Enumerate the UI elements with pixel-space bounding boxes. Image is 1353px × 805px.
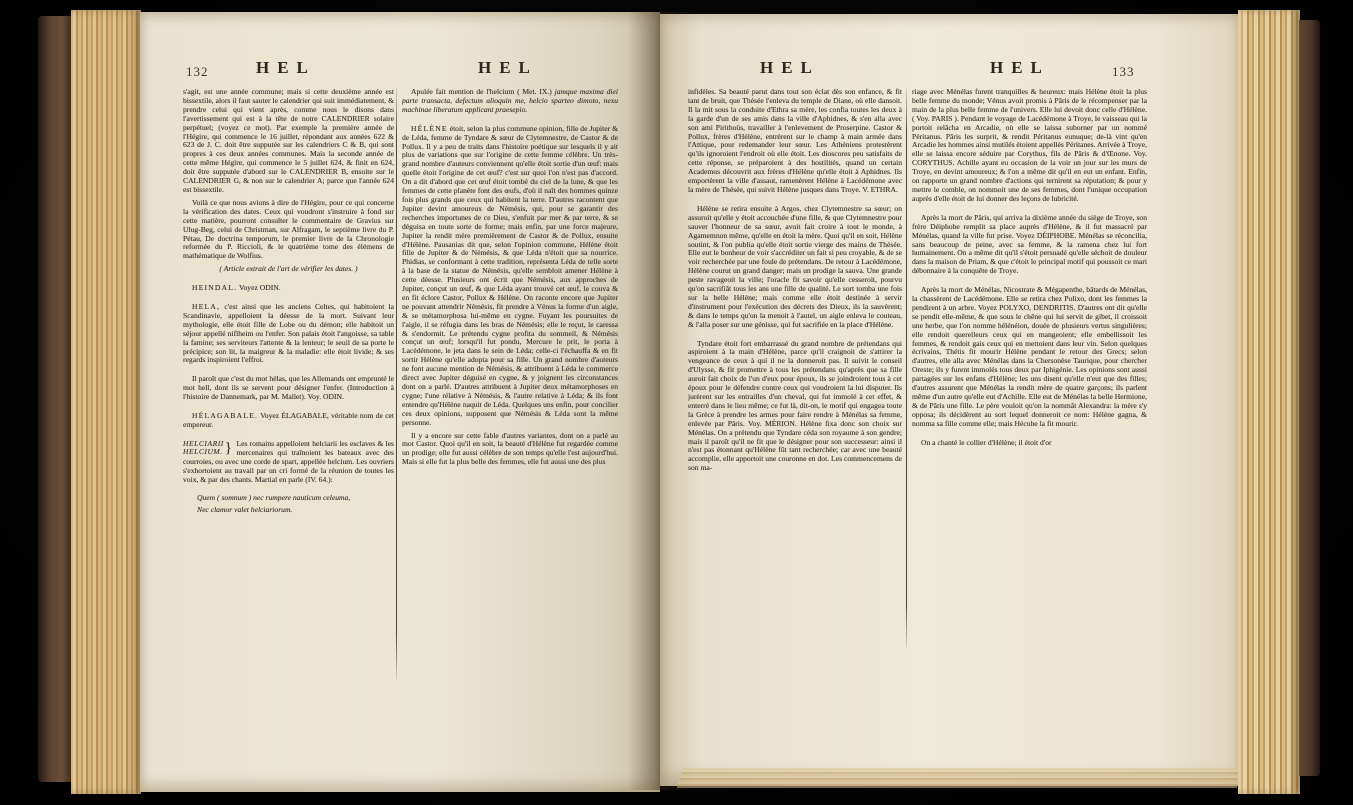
paragraph: On a chanté le collier d'Hélène; il étoi… xyxy=(912,439,1147,448)
bottom-page-edges xyxy=(677,768,1243,788)
entry-hela: HELA, c'est ainsi que les anciens Celtes… xyxy=(183,303,394,365)
paragraph: Après la mort de Pâris, qui arriva la di… xyxy=(912,214,1147,276)
column-rule xyxy=(906,88,907,648)
paragraph: Après la mort de Ménélas, Nicostrate & M… xyxy=(912,286,1147,429)
left-page-number: 132 xyxy=(186,64,209,80)
brace-glyph: } xyxy=(225,444,233,453)
paragraph: Voilà ce que nous avions à dire de l'Hég… xyxy=(183,199,394,261)
left-page: 132 HEL HEL s'agit, est une année commun… xyxy=(140,12,660,792)
right-page-number: 133 xyxy=(1112,64,1135,80)
left-page-edge-stack xyxy=(71,10,141,794)
right-page-column-2: riage avec Ménélas furent tranquilles & … xyxy=(912,88,1147,666)
paragraph: s'agit, est une année commune; mais si c… xyxy=(183,88,394,195)
paragraph: infidèles. Sa beauté parut dans tout son… xyxy=(688,88,902,195)
right-book-cover-edge xyxy=(1299,20,1320,776)
right-page: HEL HEL 133 infidèles. Sa beauté parut d… xyxy=(660,14,1240,786)
left-running-head-2: HEL xyxy=(478,58,538,78)
latin-verse: Quem ( somnum ) nec rumpere nauticum cel… xyxy=(197,494,394,515)
right-page-edge-stack xyxy=(1238,10,1300,794)
entry-helagabale: HÉLAGABALE. Voyez ÉLAGABALE, véritable n… xyxy=(183,412,394,430)
paragraph: Hélène se retira ensuite à Argos, chez C… xyxy=(688,205,902,330)
column-rule xyxy=(396,88,397,680)
entry-helene: HÉLÈNE étoit, selon la plus commune opin… xyxy=(402,125,618,428)
left-book-cover-edge xyxy=(38,16,72,782)
left-running-head-1: HEL xyxy=(256,58,316,78)
right-running-head-2: HEL xyxy=(990,58,1050,78)
paragraph: Tyndare étoit fort embarrassé du grand n… xyxy=(688,340,902,474)
article-source-note: ( Article extrait de l'art de vérifier l… xyxy=(183,265,394,274)
paragraph: riage avec Ménélas furent tranquilles & … xyxy=(912,88,1147,204)
left-page-column-1: s'agit, est une année commune; mais si c… xyxy=(183,88,394,688)
right-running-head-1: HEL xyxy=(760,58,820,78)
entry-heindal: HEINDAL. Voyez ODIN. xyxy=(183,284,394,293)
paragraph: Il paroît que c'est du mot hélas, que le… xyxy=(183,375,394,402)
left-page-column-2: Apulée fait mention de l'helcium ( Met. … xyxy=(402,88,618,698)
paragraph-apulee: Apulée fait mention de l'helcium ( Met. … xyxy=(402,88,618,115)
paragraph: Il y a encore sur cette fable d'autres v… xyxy=(402,432,618,468)
brace-terms: HELCIARII HELCIUM. } xyxy=(183,440,232,456)
right-page-column-1: infidèles. Sa beauté parut dans tout son… xyxy=(688,88,902,666)
book-photograph: 132 HEL HEL s'agit, est une année commun… xyxy=(0,0,1353,805)
entry-helciarii: HELCIARII HELCIUM. } Les romains appello… xyxy=(183,440,394,485)
